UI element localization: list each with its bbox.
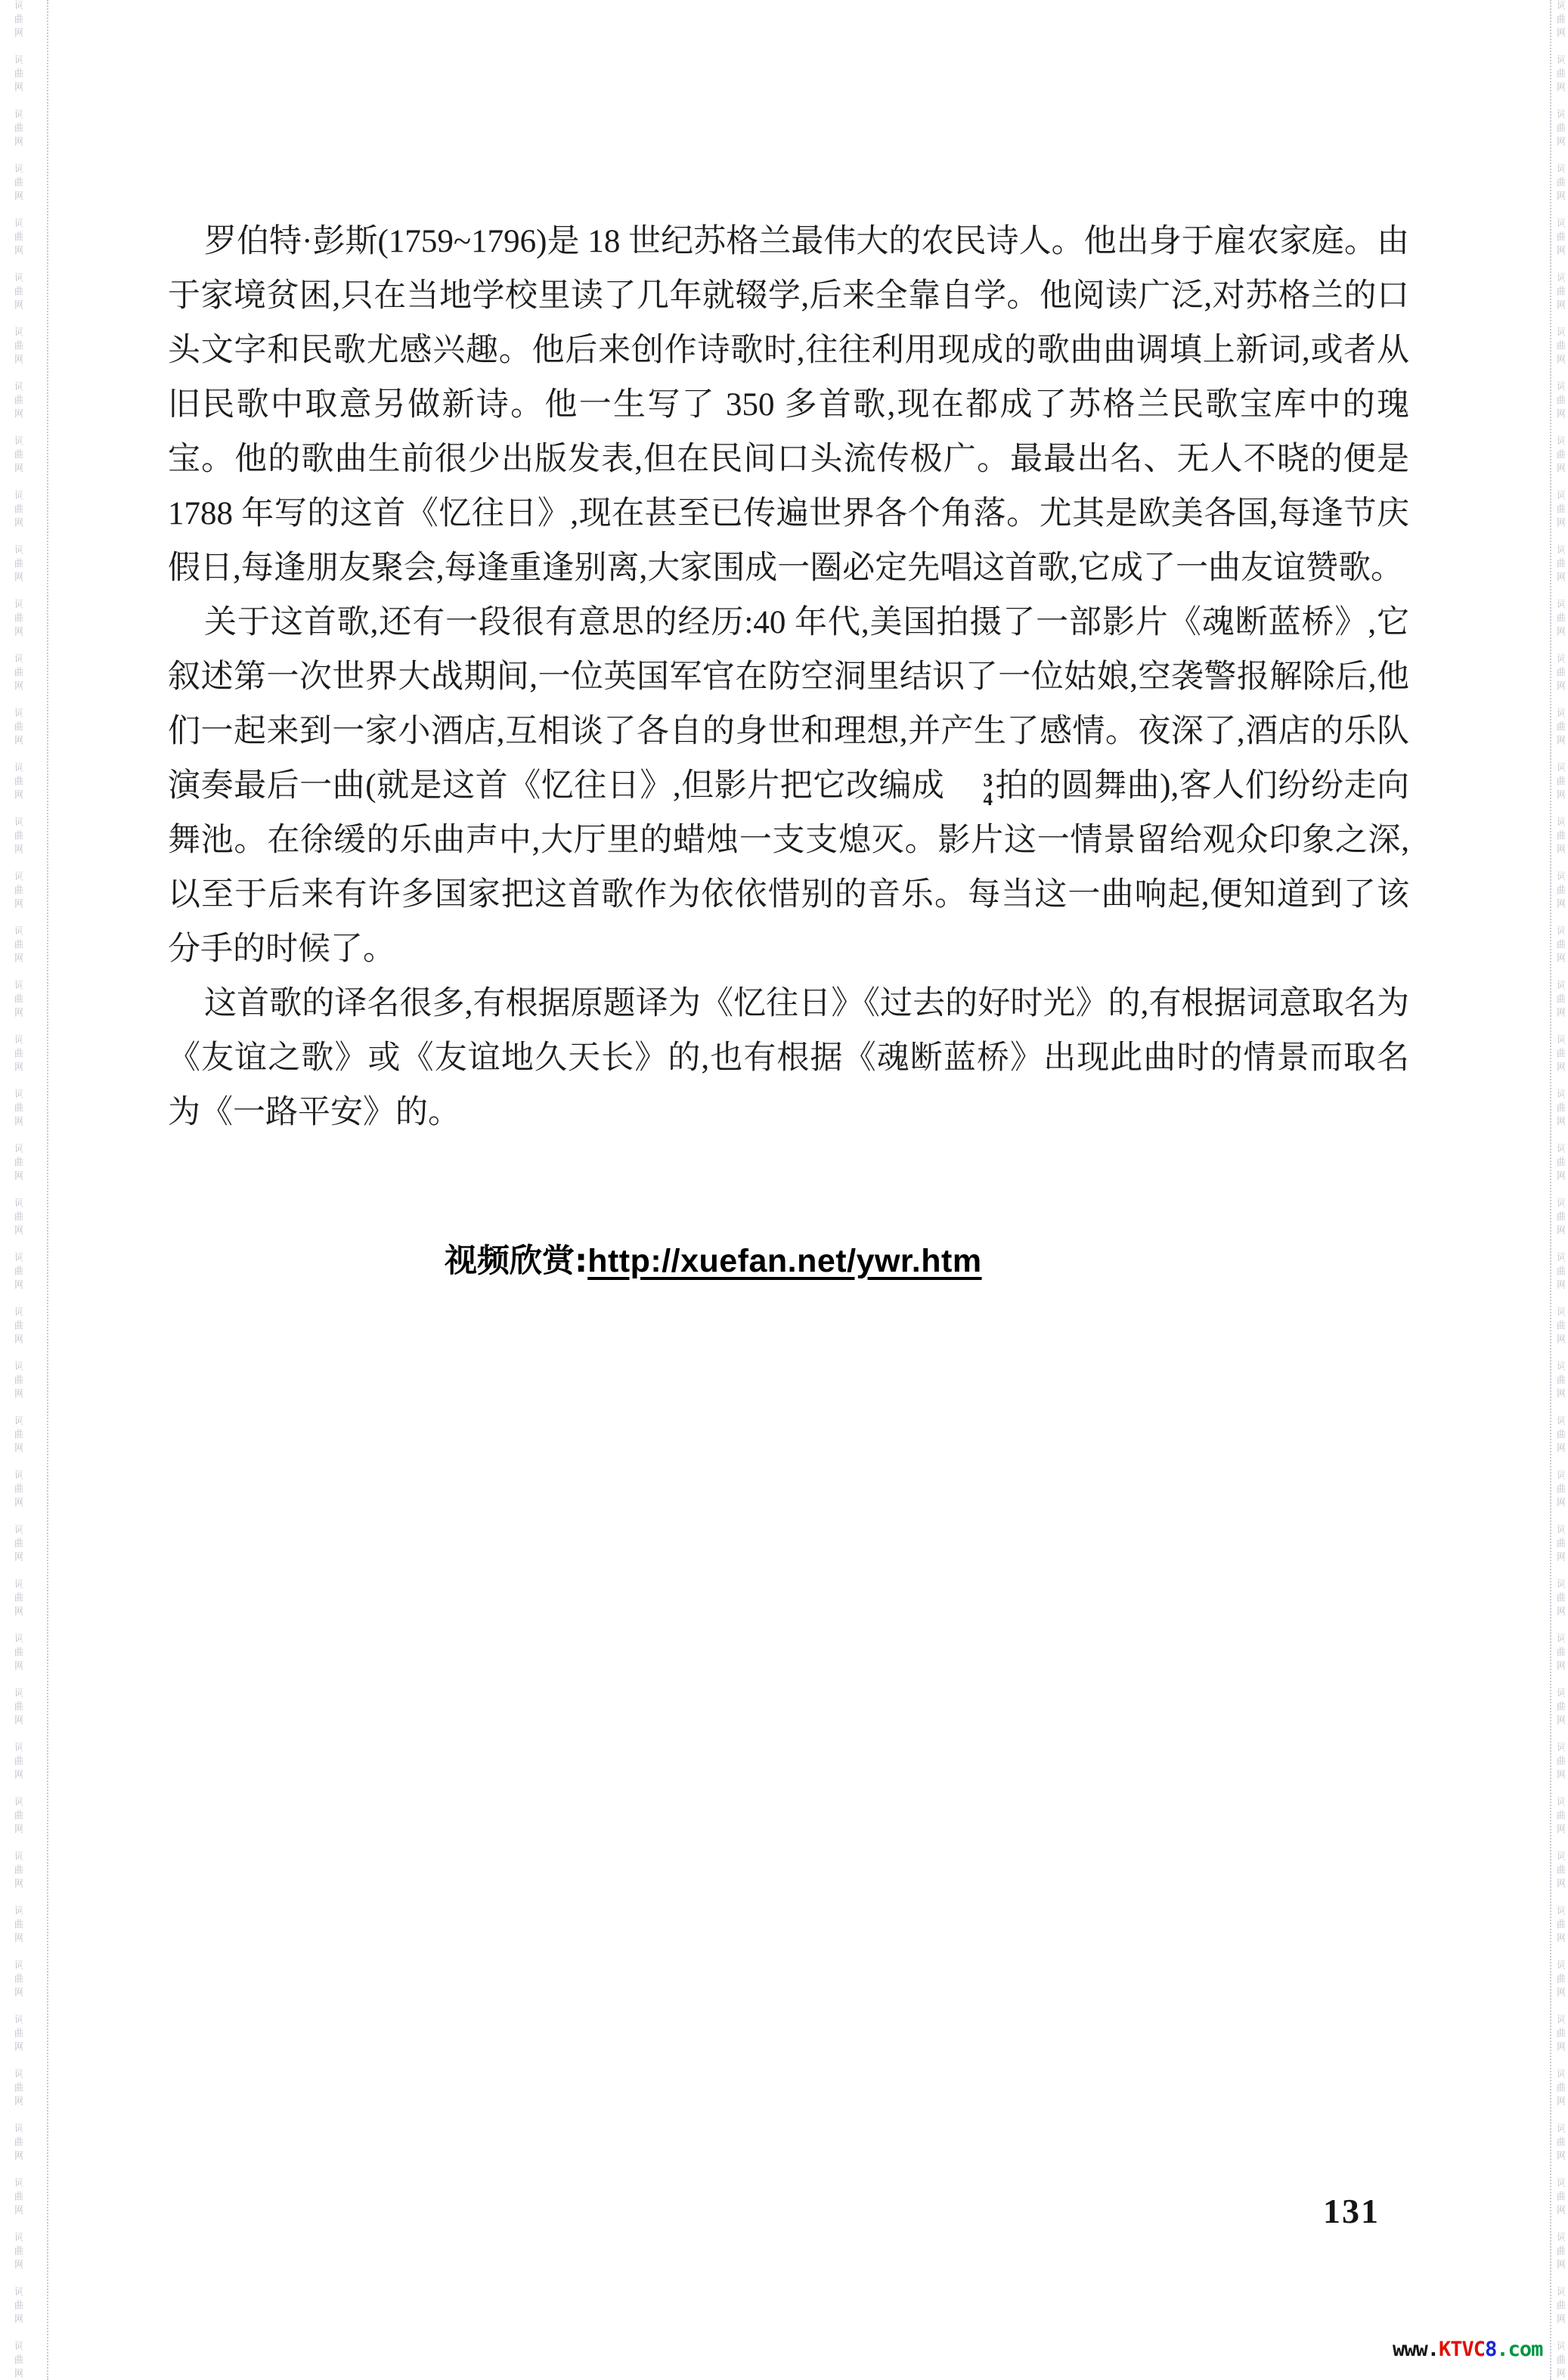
watermark-www-segment: www.: [1393, 2338, 1439, 2361]
video-label: 视频欣赏:: [445, 1242, 587, 1280]
video-url-link[interactable]: http://xuefan.net/ywr.htm: [587, 1243, 981, 1279]
article-text: 罗伯特·彭斯(1759~1796)是 18 世纪苏格兰最伟大的农民诗人。他出身于…: [168, 215, 1409, 1140]
side-watermark-left: 词曲网 词曲网 词曲网 词曲网 词曲网 词曲网 词曲网 词曲网 词曲网 词曲网 …: [12, 0, 23, 2380]
paragraph-translations: 这首歌的译名很多,有根据原题译为《忆往日》《过去的好时光》的,有根据词意取名为《…: [168, 977, 1409, 1140]
margin-dotted-line-right: [1550, 0, 1551, 2380]
paragraph-burns-bio: 罗伯特·彭斯(1759~1796)是 18 世纪苏格兰最伟大的农民诗人。他出身于…: [168, 215, 1409, 596]
side-watermark-right: 词曲网 词曲网 词曲网 词曲网 词曲网 词曲网 词曲网 词曲网 词曲网 词曲网 …: [1554, 0, 1565, 2380]
video-appreciation-line: 视频欣赏:http://xuefan.net/ywr.htm: [445, 1235, 982, 1281]
fraction-denominator: 4: [947, 790, 993, 809]
margin-dotted-line-left: [47, 0, 48, 2380]
watermark-com-segment: .com: [1496, 2338, 1542, 2361]
time-signature-fraction: 34: [944, 771, 995, 809]
watermark-ktvc-segment: KTVC: [1439, 2338, 1485, 2361]
fraction-numerator: 3: [947, 771, 993, 790]
ktvc8-watermark: www.KTVC8.com: [1393, 2338, 1542, 2361]
scanned-book-page: 词曲网 词曲网 词曲网 词曲网 词曲网 词曲网 词曲网 词曲网 词曲网 词曲网 …: [0, 0, 1568, 2380]
watermark-8-segment: 8: [1485, 2338, 1496, 2361]
page-number: 131: [1323, 2191, 1380, 2231]
paragraph-waterloo-bridge: 关于这首歌,还有一段很有意思的经历:40 年代,美国拍摄了一部影片《魂断蓝桥》,…: [168, 596, 1409, 977]
